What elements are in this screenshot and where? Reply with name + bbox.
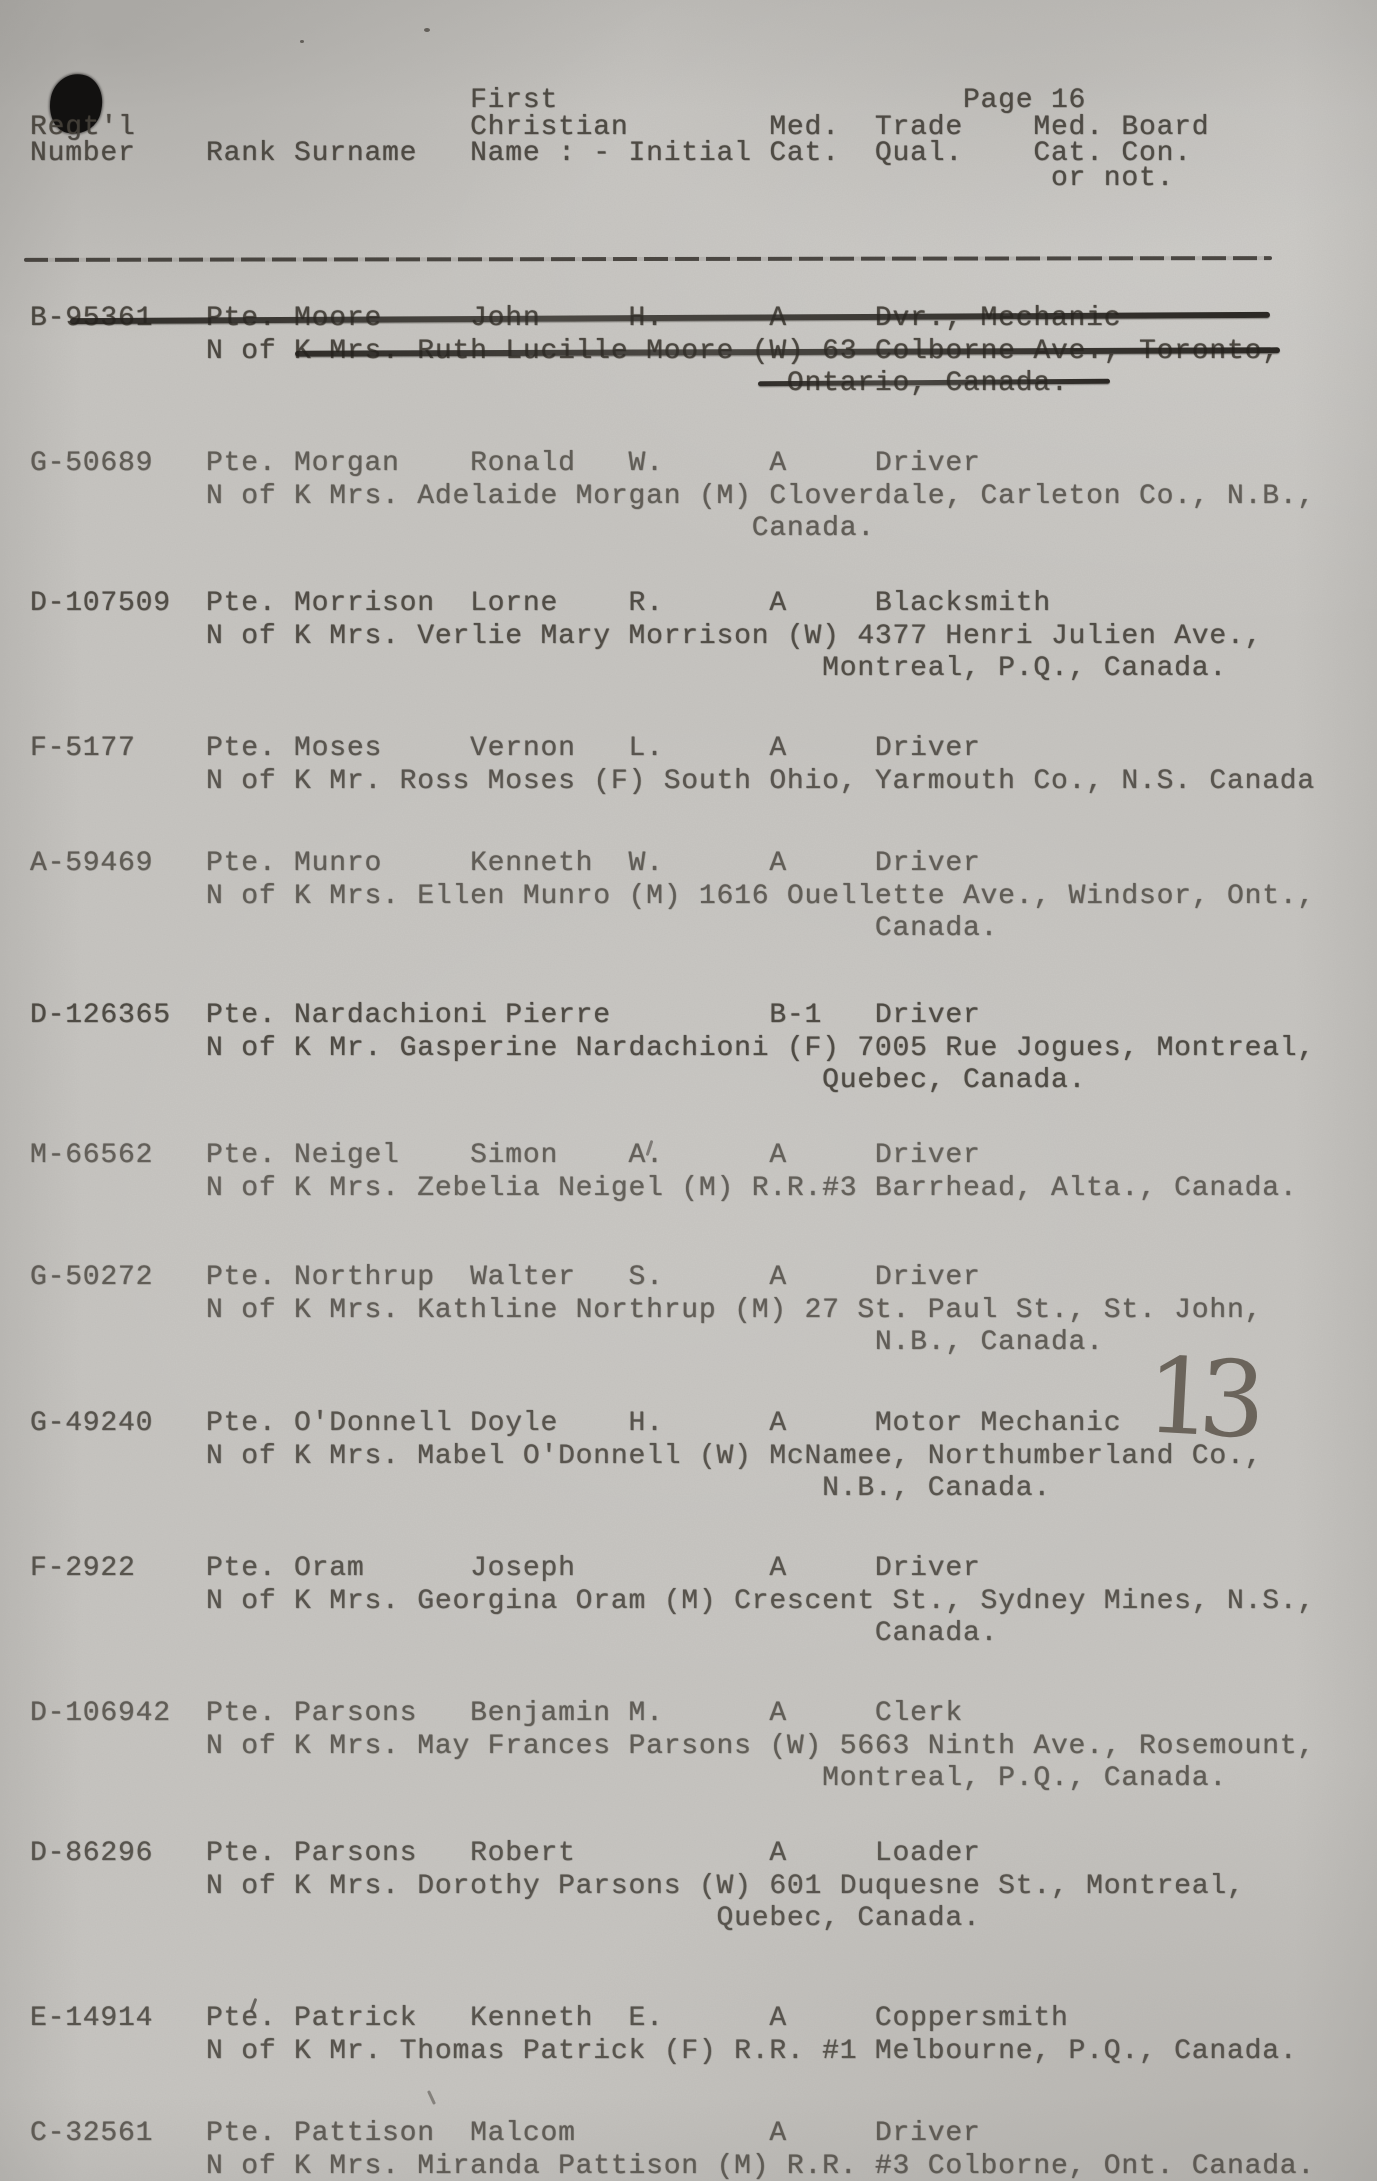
entry-line-continuation: Quebec, Canada. xyxy=(30,1065,1086,1097)
entry-line-nok: N of K Mrs. Kathline Northrup (M) 27 St.… xyxy=(30,1295,1262,1327)
entry-line-main: F-5177 Pte. Moses Vernon L. A Driver xyxy=(30,733,981,765)
entry-line-nok: N of K Mr. Gasperine Nardachioni (F) 700… xyxy=(30,1033,1315,1065)
entry-line-nok: N of K Mrs. Zebelia Neigel (M) R.R.#3 Ba… xyxy=(30,1173,1297,1205)
entry-line-main: M-66562 Pte. Neigel Simon A. A Driver xyxy=(30,1140,981,1172)
entry-line-nok: N of K Mrs. Mabel O'Donnell (W) McNamee,… xyxy=(30,1441,1262,1473)
scanned-document-page: First Page 16Regt'l Christian Med. Trade… xyxy=(0,0,1377,2181)
entry-line-nok: N of K Mrs. Ellen Munro (M) 1616 Ouellet… xyxy=(30,881,1315,913)
entry-line-continuation: Canada. xyxy=(30,913,998,945)
entry-line-main: D-86296 Pte. Parsons Robert A Loader xyxy=(30,1838,981,1870)
entry-line-main: A-59469 Pte. Munro Kenneth W. A Driver xyxy=(30,848,981,880)
handwritten-tally-mark: 13 xyxy=(1143,1343,1254,1453)
roster-entries: B-95361 Pte. Moore John H. A Dvr., Mecha… xyxy=(0,0,1377,2181)
entry-line-nok: N of K Mr. Ross Moses (F) South Ohio, Ya… xyxy=(30,766,1315,798)
entry-line-main: G-50272 Pte. Northrup Walter S. A Driver xyxy=(30,1262,981,1294)
entry-line-nok: N of K Mrs. Adelaide Morgan (M) Cloverda… xyxy=(30,481,1315,513)
entry-line-continuation: Canada. xyxy=(30,1618,998,1650)
entry-line-nok: N of K Mrs. Dorothy Parsons (W) 601 Duqu… xyxy=(30,1871,1245,1903)
entry-line-nok: N of K Mr. Thomas Patrick (F) R.R. #1 Me… xyxy=(30,2036,1297,2068)
entry-line-continuation: N.B., Canada. xyxy=(30,1327,1104,1359)
entry-line-main: C-32561 Pte. Pattison Malcom A Driver xyxy=(30,2118,981,2150)
entry-line-continuation: Canada. xyxy=(30,513,875,545)
entry-line-nok: N of K Mrs. Miranda Pattison (M) R.R. #3… xyxy=(30,2151,1315,2181)
entry-line-main: G-49240 Pte. O'Donnell Doyle H. A Motor … xyxy=(30,1408,1121,1440)
entry-line-nok: N of K Mrs. Georgina Oram (M) Crescent S… xyxy=(30,1586,1315,1618)
entry-line-main: G-50689 Pte. Morgan Ronald W. A Driver xyxy=(30,448,981,480)
entry-line-continuation: Montreal, P.Q., Canada. xyxy=(30,653,1227,685)
entry-line-main: D-107509 Pte. Morrison Lorne R. A Blacks… xyxy=(30,588,1051,620)
entry-line-main: D-106942 Pte. Parsons Benjamin M. A Cler… xyxy=(30,1698,963,1730)
entry-line-main: D-126365 Pte. Nardachioni Pierre B-1 Dri… xyxy=(30,1000,981,1032)
entry-line-continuation: N.B., Canada. xyxy=(30,1473,1051,1505)
entry-line-main: F-2922 Pte. Oram Joseph A Driver xyxy=(30,1553,981,1585)
entry-line-continuation: Quebec, Canada. xyxy=(30,1903,981,1935)
entry-line-nok: N of K Mrs. May Frances Parsons (W) 5663… xyxy=(30,1731,1315,1763)
entry-line-nok: N of K Mrs. Verlie Mary Morrison (W) 437… xyxy=(30,621,1262,653)
entry-line-continuation: Montreal, P.Q., Canada. xyxy=(30,1763,1227,1795)
entry-line-main: E-14914 Pte. Patrick Kenneth E. A Copper… xyxy=(30,2003,1069,2035)
